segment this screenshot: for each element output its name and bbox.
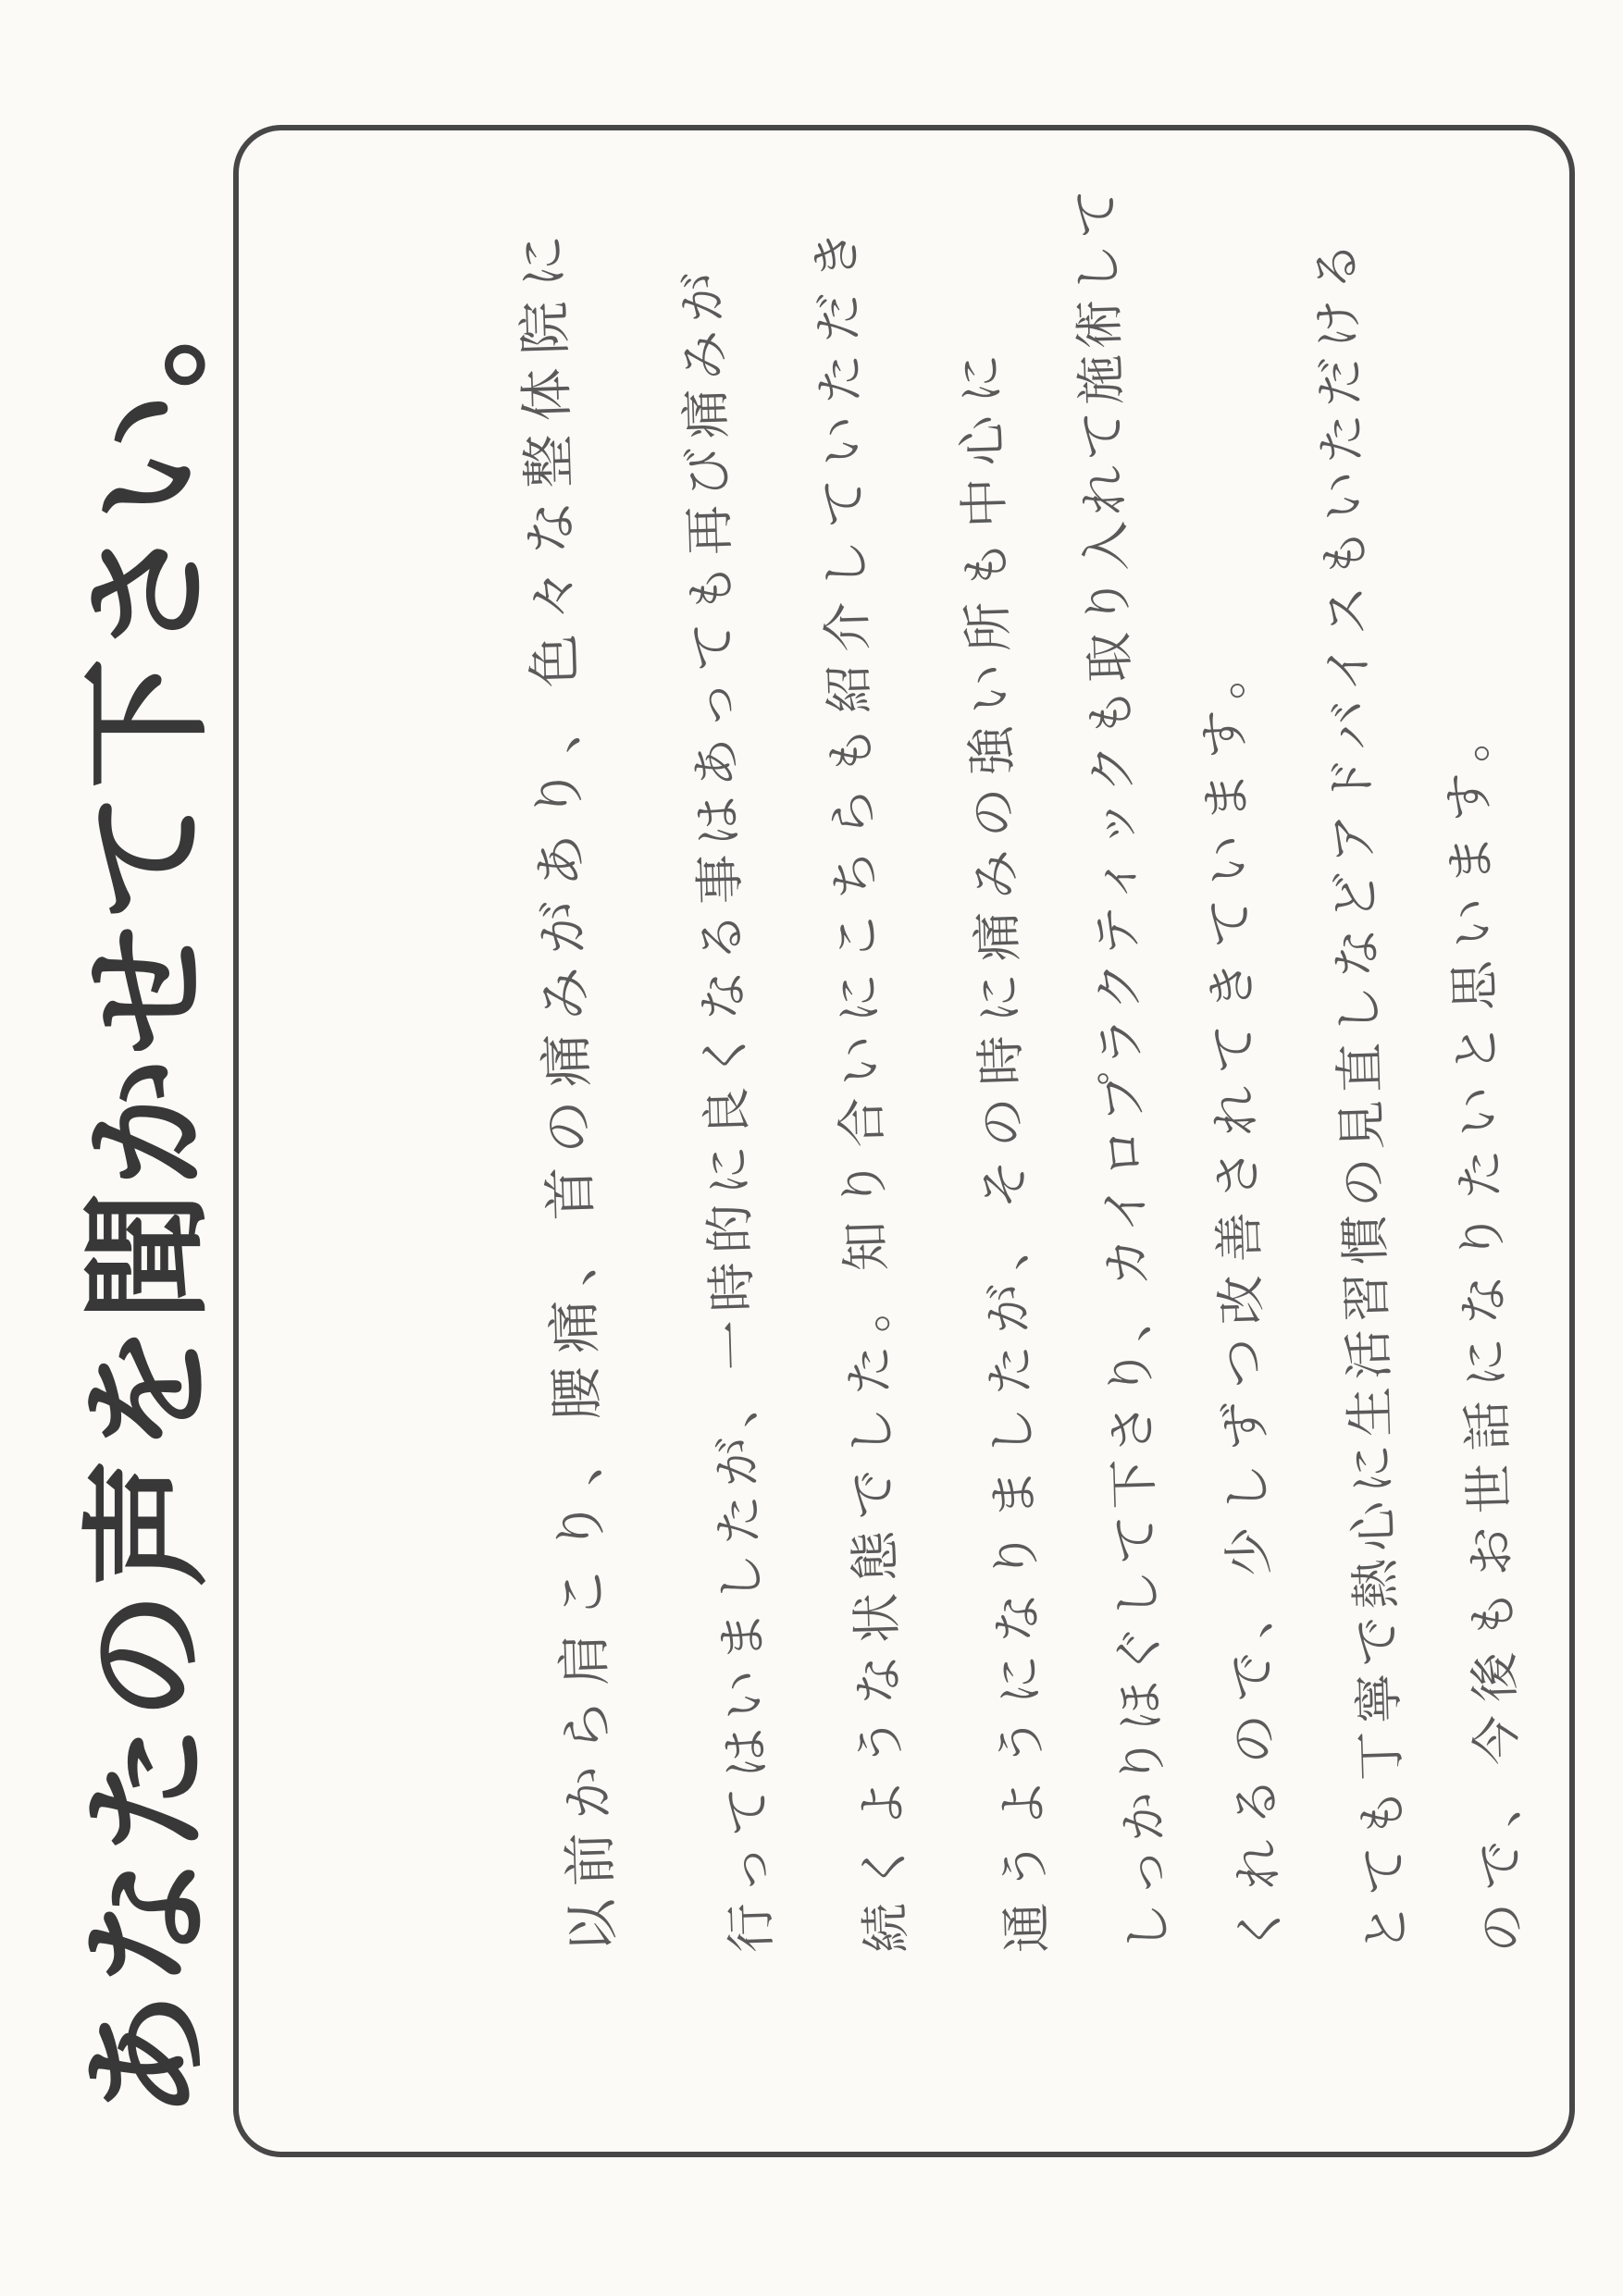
testimonial-line: 以前から肩こり、腰痛、首の痛みがあり、色々な整体院に: [498, 221, 626, 1955]
testimonial-line: とても丁寧で熱心に生活習慣の見直しなどアドバイスもいただける: [1296, 233, 1419, 1954]
occupation-value: パート: [1614, 452, 1623, 626]
testimonial-line: 行ってはいましたが、一時的に良くなる事はあっても再び痛みが: [663, 263, 784, 1954]
age-value: 40代: [1611, 883, 1623, 1010]
name-value: E.U: [1615, 1433, 1623, 1537]
testimonial-line: 通うようになりましたが、その時に痛みの強い所も中心に: [940, 341, 1059, 1955]
scanned-feedback-sheet: あなたの声を聞かせて下さい。 以前から肩こり、腰痛、首の痛みがあり、色々な整体院…: [0, 0, 1623, 2296]
testimonial-line: ので、今後もお世話になりたいと思います。: [1427, 699, 1535, 1954]
testimonial-box: 以前から肩こり、腰痛、首の痛みがあり、色々な整体院に 行ってはいましたが、一時的…: [233, 125, 1575, 2157]
testimonial-line: くれるので、少しずつ改善されてきています。: [1183, 636, 1293, 1954]
testimonial-line: しっかりほぐして下さり、カイロプラクティックも取り入れて施術して: [1056, 182, 1180, 1955]
rotated-document-canvas: あなたの声を聞かせて下さい。 以前から肩こり、腰痛、首の痛みがあり、色々な整体院…: [0, 0, 1623, 2296]
page-title: あなたの声を聞かせて下さい。: [44, 255, 230, 2120]
testimonial-line: 続くような状態でした。知り合いにこちらも紹介していただき: [796, 217, 919, 1954]
